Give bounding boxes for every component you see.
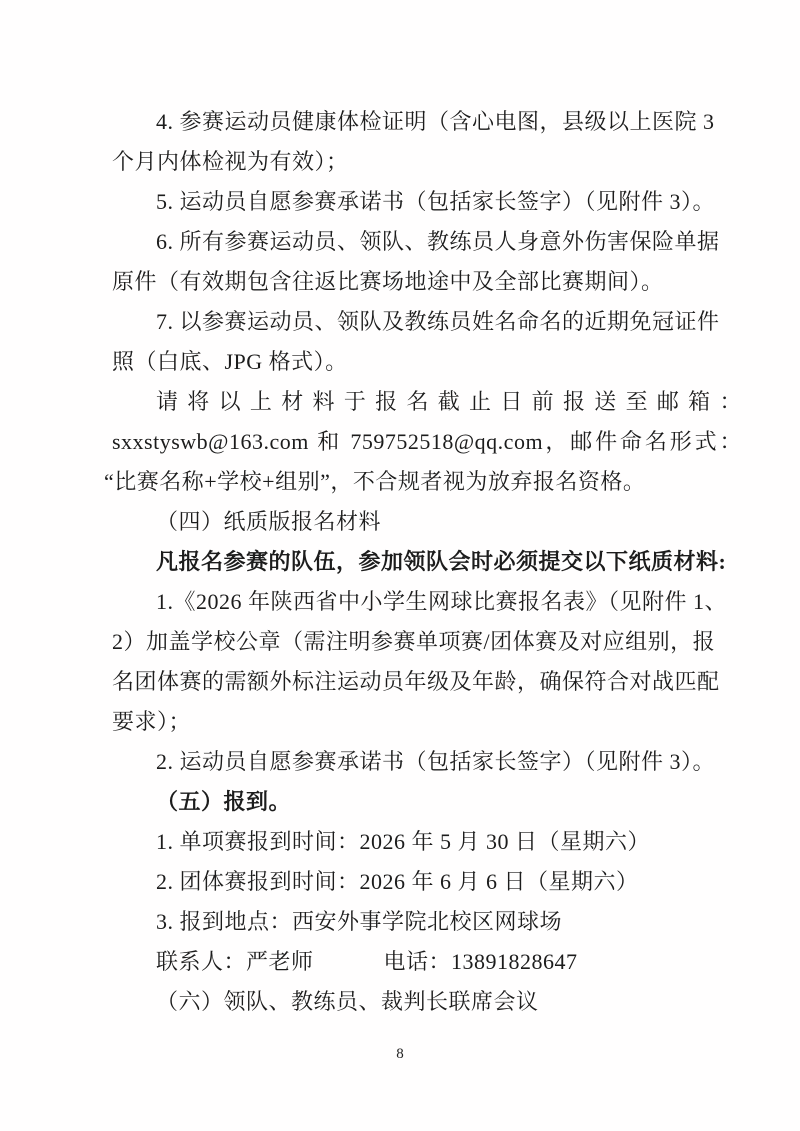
doc-line-email-naming-rule: “比赛名称+学校+组别”，不合规者视为放弃报名资格。: [104, 462, 742, 502]
doc-line-contact: 联系人：严老师电话：13891828647: [112, 942, 742, 982]
doc-line-checkin-location: 3. 报到地点：西安外事学院北校区网球场: [112, 902, 742, 942]
doc-line-item7-cont: 照（白底、JPG 格式）。: [112, 342, 742, 382]
doc-line-paper-materials-notice: 凡报名参赛的队伍，参加领队会时必须提交以下纸质材料:: [112, 542, 742, 582]
contact-person: 联系人：严老师: [156, 949, 314, 974]
section-heading-6-joint-meeting: （六）领队、教练员、裁判长联席会议: [112, 982, 742, 1022]
document-page: 4. 参赛运动员健康体检证明（含心电图，县级以上医院 3 个月内体检视为有效）；…: [0, 0, 800, 1131]
page-body: 4. 参赛运动员健康体检证明（含心电图，县级以上医院 3 个月内体检视为有效）；…: [112, 102, 742, 1022]
doc-line-item7-photo: 7. 以参赛运动员、领队及教练员姓名命名的近期免冠证件: [112, 302, 742, 342]
doc-line-singles-checkin-time: 1. 单项赛报到时间：2026 年 5 月 30 日（星期六）: [112, 822, 742, 862]
contact-phone: 电话：13891828647: [384, 949, 578, 974]
page-footer: 8: [0, 1042, 800, 1066]
page-number: 8: [396, 1046, 404, 1062]
doc-line-item6-insurance: 6. 所有参赛运动员、领队、教练员人身意外伤害保险单据: [112, 222, 742, 262]
section-heading-4-paper-materials: （四）纸质版报名材料: [112, 502, 742, 542]
doc-line-paper-item2-commitment: 2. 运动员自愿参赛承诺书（包括家长签字）（见附件 3）。: [112, 742, 742, 782]
doc-line-team-checkin-time: 2. 团体赛报到时间：2026 年 6 月 6 日（星期六）: [112, 862, 742, 902]
doc-line-email-addresses: sxxstyswb@163.com 和 759752518@qq.com，邮件命…: [112, 422, 742, 462]
doc-line-item4-health-cert: 4. 参赛运动员健康体检证明（含心电图，县级以上医院 3: [112, 102, 742, 142]
section-heading-5-checkin: （五）报到。: [112, 782, 742, 822]
doc-line-entry-form-cont2: 名团体赛的需额外标注运动员年级及年龄，确保符合对战匹配: [112, 662, 742, 702]
doc-line-item5-commitment: 5. 运动员自愿参赛承诺书（包括家长签字）（见附件 3）。: [112, 182, 742, 222]
doc-line-entry-form: 1.《2026 年陕西省中小学生网球比赛报名表》（见附件 1、: [112, 582, 742, 622]
doc-line-email-intro: 请将以上材料于报名截止日前报送至邮箱：: [112, 382, 742, 422]
doc-line-item6-cont: 原件（有效期包含往返比赛场地途中及全部比赛期间）。: [112, 262, 742, 302]
doc-line-item4-cont: 个月内体检视为有效）；: [112, 142, 742, 182]
doc-line-entry-form-cont3: 要求）；: [112, 702, 742, 742]
doc-line-entry-form-cont1: 2）加盖学校公章（需注明参赛单项赛/团体赛及对应组别，报: [112, 622, 742, 662]
